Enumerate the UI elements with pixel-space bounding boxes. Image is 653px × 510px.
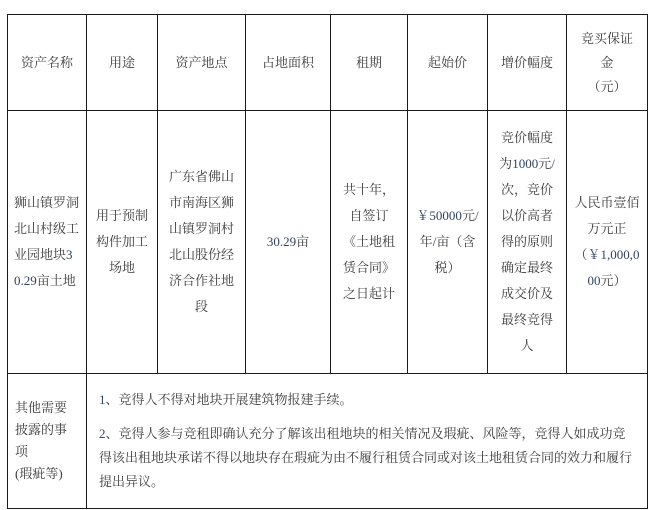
disclosure-row: 其他需要披露的事项 (瑕疵等) 1、竞得人不得对地块开展建筑物报建手续。 2、竞… <box>8 374 648 509</box>
header-deposit: 竞买保证金 （元） <box>567 15 648 111</box>
header-start-price-label: 起始价 <box>428 55 467 70</box>
document-page: 资产名称 用途 资产地点 占地面积 租期 起始价 增价幅度 竞买保证金 （元） … <box>0 0 653 510</box>
cell-deposit: 人民币壹佰万元正（￥1,000,000元） <box>567 111 648 374</box>
header-asset-name: 资产名称 <box>8 15 87 111</box>
lease-term-value: 共十年，自签订《土地租赁合同》之日起计 <box>343 182 395 301</box>
header-area: 占地面积 <box>246 15 331 111</box>
cell-asset-name: 狮山镇罗洞北山村级工业园地块30.29亩土地 <box>8 111 87 374</box>
cell-location: 广东省佛山市南海区狮山镇罗洞村北山股份经济合作社地段 <box>158 111 246 374</box>
header-row: 资产名称 用途 资产地点 占地面积 租期 起始价 增价幅度 竞买保证金 （元） <box>8 15 648 111</box>
cell-area: 30.29亩 <box>246 111 331 374</box>
header-lease-term: 租期 <box>331 15 408 111</box>
usage-value: 用于预制构件加工场地 <box>96 208 148 275</box>
location-value: 广东省佛山市南海区狮山镇罗洞村北山股份经济合作社地段 <box>169 169 234 314</box>
cell-lease-term: 共十年，自签订《土地租赁合同》之日起计 <box>331 111 408 374</box>
header-location-label: 资产地点 <box>175 55 227 70</box>
cell-disclosure-content: 1、竞得人不得对地块开展建筑物报建手续。 2、竞得人参与竞租即确认充分了解该出租… <box>87 374 648 509</box>
header-start-price: 起始价 <box>408 15 488 111</box>
asset-data-row: 狮山镇罗洞北山村级工业园地块30.29亩土地 用于预制构件加工场地 广东省佛山市… <box>8 111 648 374</box>
header-area-label: 占地面积 <box>262 55 314 70</box>
header-usage: 用途 <box>87 15 158 111</box>
header-increment: 增价幅度 <box>488 15 567 111</box>
cell-increment: 竞价幅度为1000元/次，竞价以价高者得的原则确定最终成交价及最终竞得人 <box>488 111 567 374</box>
cell-disclosure-label: 其他需要披露的事项 (瑕疵等) <box>8 374 87 509</box>
disclosure-item-1: 1、竞得人不得对地块开展建筑物报建手续。 <box>99 388 635 412</box>
cell-usage: 用于预制构件加工场地 <box>87 111 158 374</box>
start-price-value: ￥50000元/年/亩（含税） <box>416 208 478 275</box>
increment-value: 竞价幅度为1000元/次，竞价以价高者得的原则确定最终成交价及最终竞得人 <box>499 130 555 353</box>
asset-name-value: 狮山镇罗洞北山村级工业园地块30.29亩土地 <box>14 195 79 288</box>
disclosure-item-2: 2、竞得人参与竞租即确认充分了解该出租地块的相关情况及瑕疵、风险等，竞得人如成功… <box>99 422 635 494</box>
cell-start-price: ￥50000元/年/亩（含税） <box>408 111 488 374</box>
area-value: 30.29亩 <box>267 234 309 249</box>
disclosure-label-sub: (瑕疵等) <box>15 463 79 485</box>
header-deposit-label: 竞买保证金 <box>576 27 638 75</box>
header-location: 资产地点 <box>158 15 246 111</box>
header-asset-name-label: 资产名称 <box>21 55 73 70</box>
disclosure-label-text: 其他需要披露的事项 <box>15 397 79 463</box>
land-lease-auction-table: 资产名称 用途 资产地点 占地面积 租期 起始价 增价幅度 竞买保证金 （元） … <box>7 14 648 509</box>
deposit-value: 人民币壹佰万元正（￥1,000,000元） <box>574 195 639 288</box>
header-lease-term-label: 租期 <box>356 55 382 70</box>
header-usage-label: 用途 <box>109 55 135 70</box>
header-deposit-unit: （元） <box>576 75 638 99</box>
header-increment-label: 增价幅度 <box>501 55 553 70</box>
